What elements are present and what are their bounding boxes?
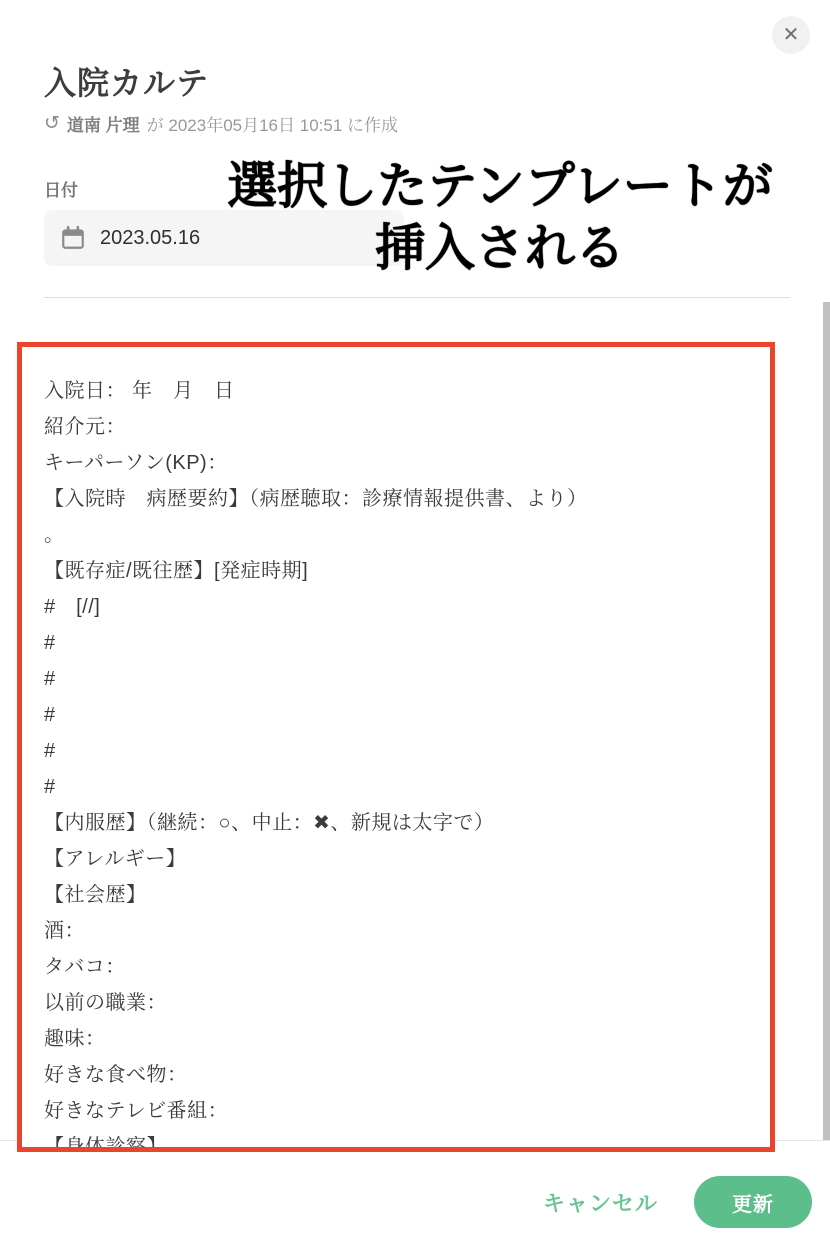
template-line: キーパーソン(KP)：: [44, 445, 760, 481]
template-line: 【入院時 病歴要約】（病歴聴取：診療情報提供書、より）: [44, 481, 760, 517]
template-line: 好きなテレビ番組：: [44, 1093, 760, 1129]
template-line: 。: [44, 517, 760, 553]
template-line: 以前の職業：: [44, 985, 760, 1021]
template-line: 【身体診察】: [44, 1129, 760, 1147]
cancel-button[interactable]: キャンセル: [543, 1187, 658, 1218]
template-line: #: [44, 769, 760, 805]
update-button[interactable]: 更新: [694, 1176, 812, 1228]
author-name: 道南 片理: [67, 111, 140, 136]
template-line: # [//]: [44, 589, 760, 625]
template-line: 酒：: [44, 913, 760, 949]
template-line: #: [44, 625, 760, 661]
annotation-overlay: 選択したテンプレートが 挿入される: [180, 155, 820, 279]
template-line: #: [44, 733, 760, 769]
template-highlight-box: 入院日： 年 月 日紹介元：キーパーソン(KP)：【入院時 病歴要約】（病歴聴取…: [17, 342, 775, 1152]
scrollbar-thumb[interactable]: [823, 302, 830, 1140]
created-text: が 2023年05月16日 10:51 に作成: [147, 111, 398, 136]
template-text-area[interactable]: 入院日： 年 月 日紹介元：キーパーソン(KP)：【入院時 病歴要約】（病歴聴取…: [22, 347, 770, 1147]
template-line: 【内服歴】（継続：○、中止：✖、新規は太字で）: [44, 805, 760, 841]
template-line: 【アレルギー】: [44, 841, 760, 877]
template-line: タバコ：: [44, 949, 760, 985]
modal-footer: キャンセル 更新: [543, 1176, 812, 1228]
page-title: 入院カルテ: [44, 58, 209, 104]
template-line: 入院日： 年 月 日: [44, 373, 760, 409]
created-meta: ↺ 道南 片理 が 2023年05月16日 10:51 に作成: [44, 111, 398, 136]
template-line: 【社会歴】: [44, 877, 760, 913]
template-line: 【既存症/既往歴】[発症時期]: [44, 553, 760, 589]
annotation-line-1: 選択したテンプレートが: [180, 155, 820, 217]
template-line: 紹介元：: [44, 409, 760, 445]
history-icon: ↺: [44, 114, 60, 133]
date-field-label: 日付: [44, 176, 78, 201]
admission-chart-modal: ✕ 入院カルテ ↺ 道南 片理 が 2023年05月16日 10:51 に作成 …: [0, 0, 830, 1246]
template-line: 好きな食べ物：: [44, 1057, 760, 1093]
annotation-line-2: 挿入される: [180, 217, 820, 279]
template-line: 趣味：: [44, 1021, 760, 1057]
section-divider: [44, 297, 790, 298]
calendar-icon: [60, 225, 86, 251]
close-icon: ✕: [783, 25, 800, 45]
template-line: #: [44, 697, 760, 733]
close-button[interactable]: ✕: [772, 16, 810, 54]
template-line: #: [44, 661, 760, 697]
